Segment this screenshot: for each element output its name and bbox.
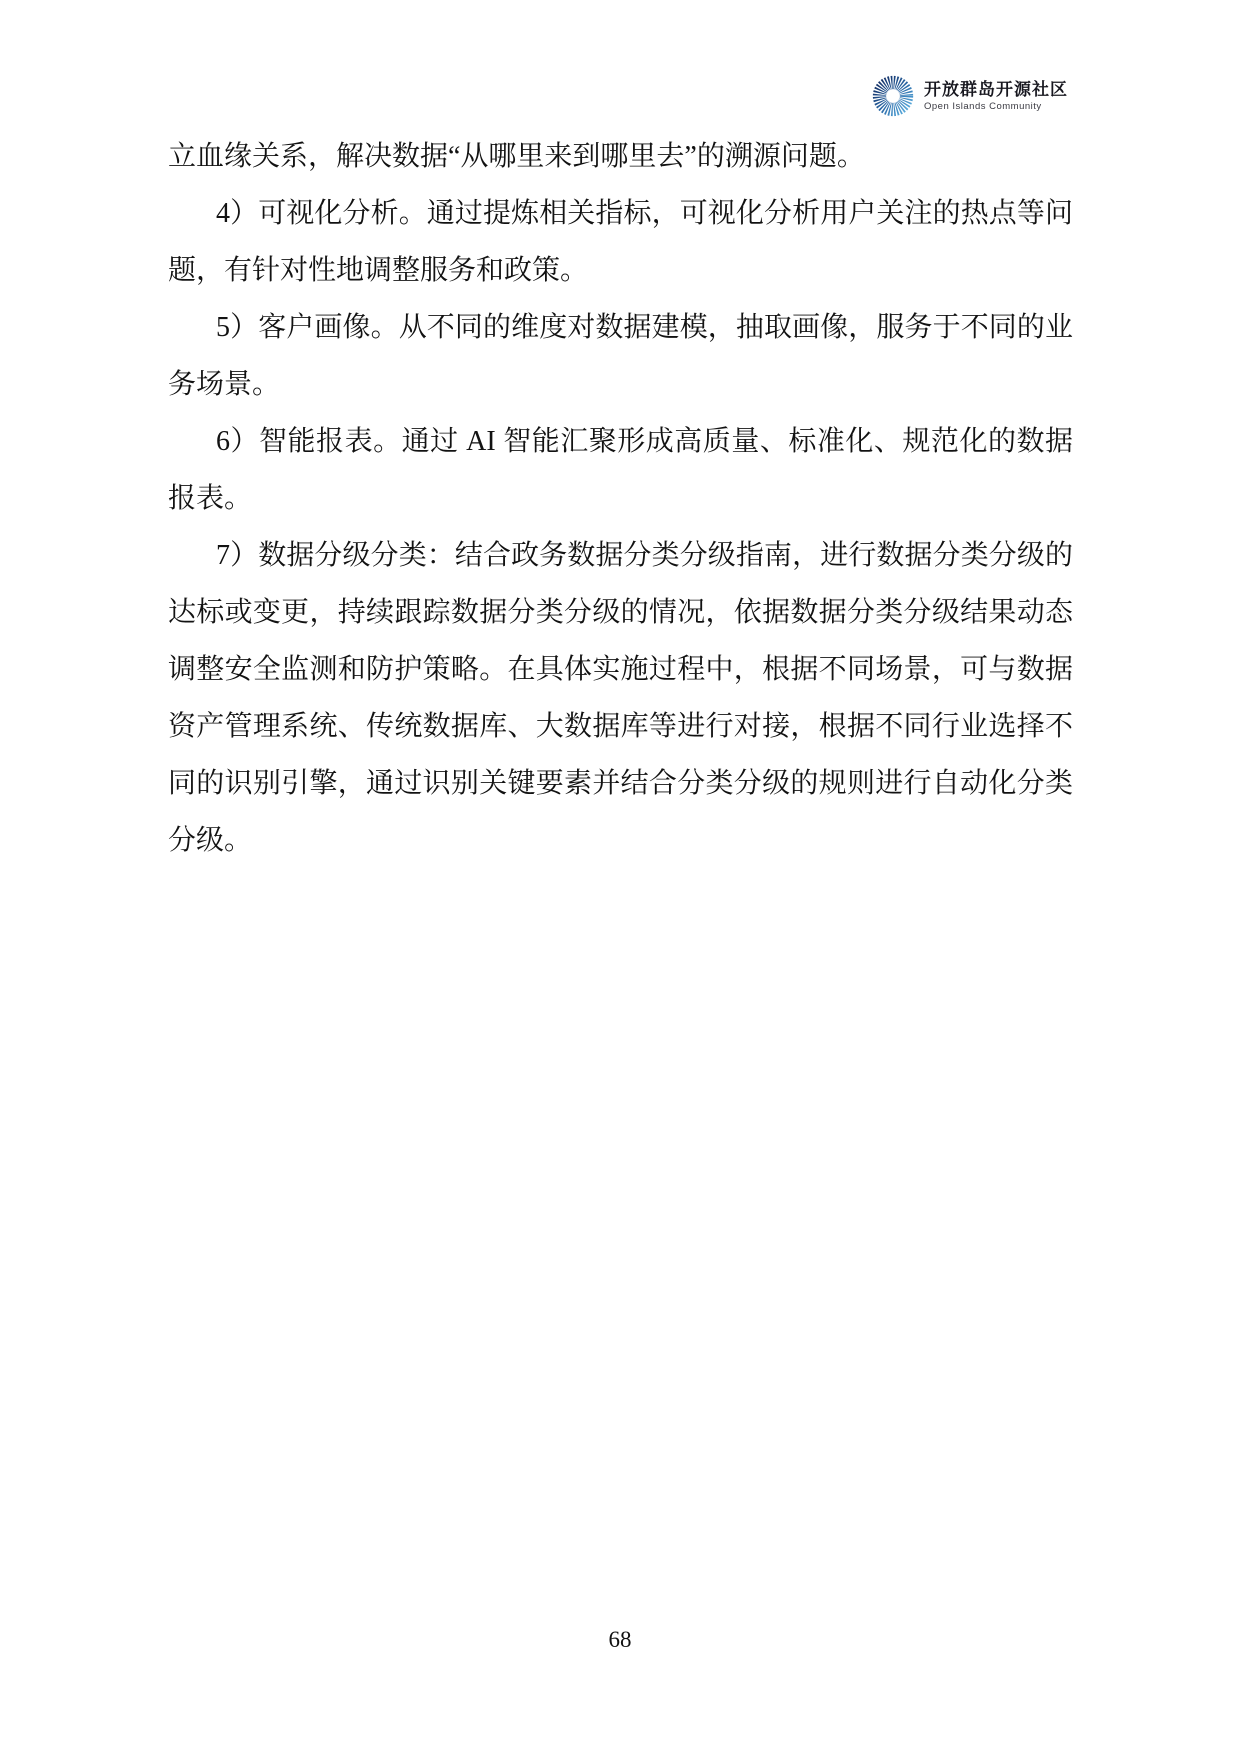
document-body: 立血缘关系，解决数据“从哪里来到哪里去”的溯源问题。 4）可视化分析。通过提炼相… [168,128,1073,869]
logo: 开放群岛开源社区 Open Islands Community [871,74,1068,118]
body-paragraph: 4）可视化分析。通过提炼相关指标，可视化分析用户关注的热点等问题，有针对性地调整… [168,185,1073,299]
document-page: 开放群岛开源社区 Open Islands Community 立血缘关系，解决… [0,0,1240,1753]
body-paragraph: 6）智能报表。通过 AI 智能汇聚形成高质量、标准化、规范化的数据报表。 [168,413,1073,527]
body-paragraph: 立血缘关系，解决数据“从哪里来到哪里去”的溯源问题。 [168,128,1073,185]
body-paragraph: 5）客户画像。从不同的维度对数据建模，抽取画像，服务于不同的业务场景。 [168,299,1073,413]
body-paragraph: 7）数据分级分类：结合政务数据分类分级指南，进行数据分类分级的达标或变更，持续跟… [168,527,1073,869]
sunburst-icon [871,74,915,118]
logo-subtitle: Open Islands Community [924,101,1068,112]
page-number: 68 [0,1627,1240,1653]
logo-title: 开放群岛开源社区 [924,80,1068,100]
logo-text: 开放群岛开源社区 Open Islands Community [924,80,1068,112]
